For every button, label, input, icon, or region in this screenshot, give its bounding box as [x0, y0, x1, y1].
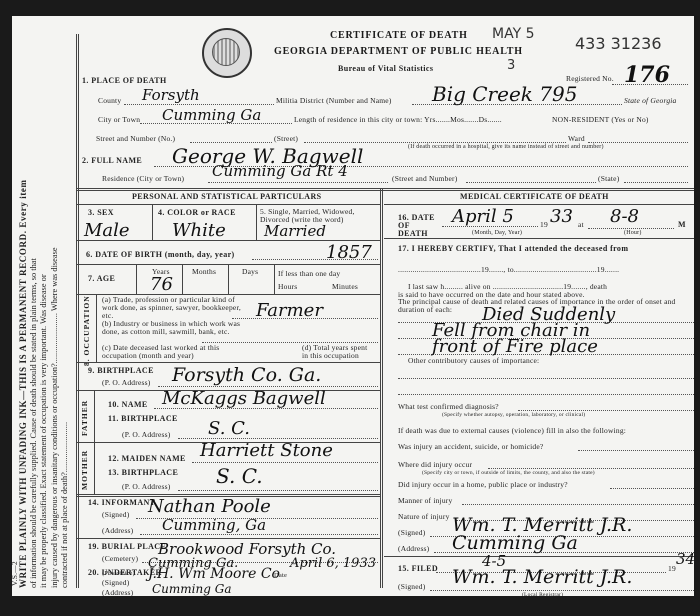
- nature-injury-label: Nature of injury: [398, 512, 450, 521]
- registrar-signed-value: Wm. T. Merritt J.R.: [452, 566, 632, 588]
- manner-injury-label: Manner of injury: [398, 496, 452, 505]
- cause-line-3: front of Fire place: [432, 336, 598, 357]
- external-causes-label: If death was due to external causes (vio…: [398, 426, 626, 435]
- other-causes-label: Other contributory causes of importance:: [408, 356, 539, 365]
- death-year-prefix: 19: [540, 220, 548, 229]
- medical-address-value: Cumming Ga: [452, 532, 578, 554]
- test-confirmed-label: What test confirmed diagnosis?: [398, 402, 499, 411]
- medical-certificate: MEDICAL CERTIFICATE OF DEATH 16. DATE OF…: [12, 16, 694, 596]
- test-note: (Specify whether autopsy, operation, lab…: [442, 412, 585, 418]
- where-injury-note: (Specify city or town, if outside of lim…: [422, 470, 595, 476]
- medical-address-label: (Address): [398, 544, 429, 553]
- filed-label: 15. FILED: [398, 564, 438, 573]
- medical-section-title: MEDICAL CERTIFICATE OF DEATH: [460, 192, 609, 201]
- filed-year-value: 34: [676, 550, 695, 568]
- date-of-death-value: April 5: [452, 206, 514, 227]
- certify-label: 17. I HEREBY CERTIFY, That I attended th…: [398, 244, 628, 253]
- attended-from-to: ........................................…: [398, 265, 619, 274]
- registrar-caption: (Local Registrar): [522, 592, 563, 598]
- filed-year-prefix: 19: [668, 564, 676, 573]
- death-year-value: 33: [550, 206, 573, 227]
- death-at-label: at: [578, 220, 584, 229]
- where-injury-label: Where did injury occur: [398, 460, 472, 469]
- home-injury-label: Did injury occur in a home, public place…: [398, 480, 568, 489]
- death-hour-value: 8-8: [610, 206, 639, 227]
- death-m-label: M: [678, 220, 686, 229]
- medical-signed-label: (Signed): [398, 528, 425, 537]
- mdy-caption: (Month, Day, Year): [472, 230, 522, 236]
- registrar-signed-label: (Signed): [398, 582, 425, 591]
- date-of-death-label: 16. DATE OF DEATH: [398, 214, 438, 238]
- hour-caption: (Hour): [624, 230, 642, 236]
- accident-label: Was injury an accident, suicide, or homi…: [398, 442, 543, 451]
